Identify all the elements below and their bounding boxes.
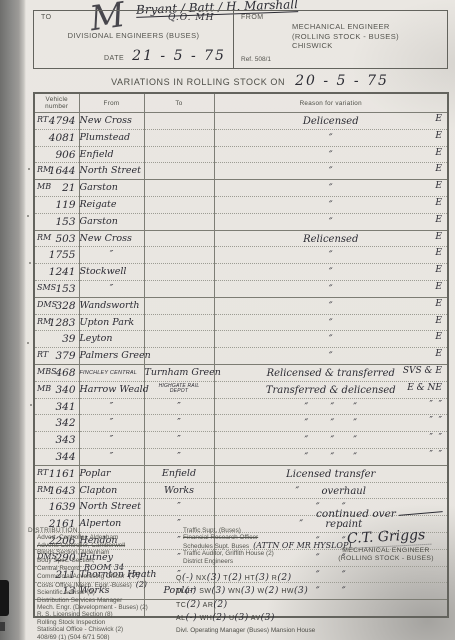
code-garage: W bbox=[255, 588, 265, 595]
reason-cell: ″E bbox=[214, 247, 448, 264]
distribution-item: Schedules Supt. Buses(ATTN OF MR HYSLOP) bbox=[174, 542, 324, 550]
vehicle-cell: RM1283 bbox=[34, 314, 79, 331]
vehicle-prefix: MBS bbox=[37, 365, 57, 379]
stock-change-mark: ″ ″ bbox=[430, 399, 442, 413]
from-cell: Harrow Weald bbox=[79, 381, 144, 398]
vehicle-number: 379 bbox=[55, 350, 78, 362]
to-cell: ″ bbox=[144, 398, 214, 415]
vehicle-cell: DMS328 bbox=[34, 297, 79, 314]
to-text: ″ bbox=[177, 501, 181, 512]
from-cell: Plumstead bbox=[79, 129, 144, 146]
to-text: ″ bbox=[177, 401, 181, 412]
to-cell bbox=[144, 348, 214, 365]
from-text: Palmers Green bbox=[80, 350, 151, 361]
to-text: Works bbox=[164, 485, 194, 496]
to-label: TO bbox=[41, 14, 52, 21]
vehicle-cell: 1639 bbox=[34, 499, 79, 516]
reason-cell: DelicensedE bbox=[214, 113, 448, 130]
to-cell bbox=[144, 196, 214, 213]
signature-title-2: (ROLLING STOCK - BUSES) bbox=[322, 555, 450, 563]
reason-cell: ″E bbox=[214, 146, 448, 163]
to-cell bbox=[144, 180, 214, 197]
reason-cell: ″ ″ ″″ ″ bbox=[214, 448, 448, 465]
to-text: HIGHGATE RAIL DEPOT bbox=[151, 384, 207, 395]
distribution-item: Costs Office (Mech. Engr.-Buses)(2) bbox=[28, 581, 173, 589]
vehicle-number: 1644 bbox=[49, 165, 79, 177]
date-value: 21 - 5 - 75 bbox=[132, 48, 226, 64]
from-text: Garston bbox=[80, 182, 118, 193]
vehicle-cell: 153 bbox=[34, 213, 79, 230]
vehicle-cell: 342 bbox=[34, 415, 79, 432]
vehicle-number: 4081 bbox=[49, 132, 79, 144]
stock-change-mark: ″ ″ bbox=[430, 432, 442, 446]
reason-cell: ″ ″ ″″ ″ bbox=[214, 398, 448, 415]
distribution-item: Central RecordROOM 34 bbox=[28, 564, 173, 572]
stock-change-mark: E bbox=[435, 298, 442, 312]
distribution-item: Advert. Controller, Aldenham bbox=[28, 534, 173, 541]
distribution-item: Distribution Services Manager bbox=[28, 597, 173, 604]
reason-cell: Relicensed & transferredSVS & E bbox=[214, 364, 448, 381]
to-cell bbox=[144, 331, 214, 348]
table-row: MBS468FINCHLEY CENTRALTurnham GreenRelic… bbox=[34, 364, 448, 381]
code-garage: U bbox=[227, 615, 235, 622]
from-cell: ″ bbox=[79, 280, 144, 297]
distribution-item: Scientific Advisor (2) bbox=[28, 589, 173, 596]
vehicle-cell: SMS153 bbox=[34, 280, 79, 297]
reason-text: ″ bbox=[329, 267, 333, 278]
code-garage: AV bbox=[249, 615, 261, 622]
vehicle-cell: RM1643 bbox=[34, 482, 79, 499]
distribution-item-text: Traffic Supt. (Buses) bbox=[183, 527, 241, 534]
from-cell: Upton Park bbox=[79, 314, 144, 331]
vehicle-number: 119 bbox=[55, 199, 78, 211]
stock-change-mark: E bbox=[435, 113, 442, 127]
code-garage: TC bbox=[176, 602, 186, 609]
reason-cell: ″E bbox=[214, 163, 448, 180]
distribution-item: District Engineers bbox=[174, 558, 324, 565]
table-row: RM503New CrossRelicensedE bbox=[34, 230, 448, 247]
vehicle-number: 1643 bbox=[49, 485, 79, 497]
table-row: RM1643ClaptonWorks″ overhaul bbox=[34, 482, 448, 499]
from-cell: Palmers Green bbox=[79, 348, 144, 365]
reason-text: Relicensed bbox=[303, 234, 358, 245]
vehicle-number: 906 bbox=[55, 149, 78, 161]
from-cell: ″ bbox=[79, 247, 144, 264]
table-row: RM1644North Street″E bbox=[34, 163, 448, 180]
table-row: DMS328Wandsworth″E bbox=[34, 297, 448, 314]
from-text: Plumstead bbox=[80, 132, 131, 143]
from-text: ″ bbox=[110, 283, 114, 294]
vehicle-cell: RT379 bbox=[34, 348, 79, 365]
code-garage: HW bbox=[279, 588, 294, 595]
stock-change-mark: E bbox=[435, 264, 442, 278]
code-count: (3) bbox=[255, 573, 269, 583]
distribution-item-text: Blinds Section, Aldenham bbox=[37, 549, 109, 556]
distribution-item: 408/69 (1) (504 6/71 508) bbox=[28, 634, 173, 640]
reason-text: ″ ″ ″ bbox=[304, 402, 357, 413]
signature-name: C.T. Griggs bbox=[340, 527, 431, 550]
continued-note-text: continued over bbox=[316, 508, 396, 520]
to-cell bbox=[144, 230, 214, 247]
reason-cell: Licensed transfer bbox=[214, 465, 448, 482]
vehicle-prefix: RM bbox=[37, 483, 51, 497]
to-cell bbox=[144, 113, 214, 130]
vehicle-cell: MBS468 bbox=[34, 364, 79, 381]
form-title-date: 20 - 5 - 75 bbox=[295, 73, 389, 89]
code-count: (-) bbox=[185, 586, 197, 596]
reason-cell: ″ ″ ″″ ″ bbox=[214, 415, 448, 432]
to-cell: HIGHGATE RAIL DEPOT bbox=[144, 381, 214, 398]
to-cell bbox=[144, 163, 214, 180]
column-header-vehicle: Vehicle number bbox=[34, 93, 79, 113]
from-text: Poplar bbox=[80, 468, 111, 479]
distribution-item-text: Central Record bbox=[37, 565, 80, 572]
vehicle-number: 21 bbox=[62, 182, 78, 194]
code-count: (3) bbox=[261, 613, 275, 623]
reason-text: ″ bbox=[329, 183, 333, 194]
from-cell: Garston bbox=[79, 180, 144, 197]
reason-cell: ″E bbox=[214, 297, 448, 314]
code-count: (-) bbox=[182, 573, 194, 583]
distribution-heading: DISTRIBUTION bbox=[28, 527, 173, 534]
vehicle-prefix: RT bbox=[37, 113, 48, 127]
to-cell bbox=[144, 314, 214, 331]
code-garage: T bbox=[221, 575, 228, 582]
reason-text: ″ bbox=[329, 351, 333, 362]
reason-text: ″ ″ ″ bbox=[304, 452, 357, 463]
from-text: Leyton bbox=[80, 333, 113, 344]
ink-speck bbox=[28, 168, 30, 170]
from-text: Wandsworth bbox=[80, 300, 140, 311]
code-count: (2) bbox=[186, 600, 200, 610]
reason-text: ″ bbox=[329, 133, 333, 144]
ref-number: Ref. 508/1 bbox=[241, 56, 271, 63]
reason-cell: ″E bbox=[214, 180, 448, 197]
from-cell: ″ bbox=[79, 448, 144, 465]
stock-change-mark: ″ ″ bbox=[430, 415, 442, 429]
code-line: Q(-) NX(3) T(2) HT(3) R(2) bbox=[176, 572, 336, 585]
from-cell: North Street bbox=[79, 163, 144, 180]
code-count: (3) bbox=[207, 573, 221, 583]
table-row: RT4794New CrossDelicensedE bbox=[34, 113, 448, 130]
from-line-1: MECHANICAL ENGINEER bbox=[292, 22, 399, 32]
code-count: (2) bbox=[212, 613, 226, 623]
from-cell: FINCHLEY CENTRAL bbox=[79, 364, 144, 381]
table-header-row: Vehicle number From To Reason for variat… bbox=[34, 93, 448, 113]
ink-speck bbox=[29, 262, 31, 264]
vehicle-cell: 1241 bbox=[34, 264, 79, 281]
reason-cell: ″E bbox=[214, 129, 448, 146]
distribution-item-annotation: ROOM 34 bbox=[84, 563, 124, 572]
column-header-reason: Reason for variation bbox=[214, 93, 448, 113]
vehicle-cell: RM1644 bbox=[34, 163, 79, 180]
vehicle-number: 468 bbox=[55, 367, 78, 379]
from-text: Garston bbox=[80, 216, 118, 227]
stock-change-mark: E bbox=[435, 197, 442, 211]
from-text: ″ bbox=[110, 451, 114, 462]
reason-text: ″ bbox=[329, 200, 333, 211]
from-text: Reigate bbox=[80, 199, 117, 210]
allocation-codes: Q(-) NX(3) T(2) HT(3) R(2)TL(-) SW(3) WN… bbox=[176, 572, 336, 626]
to-cell bbox=[144, 129, 214, 146]
table-row: 344″″″ ″ ″″ ″ bbox=[34, 448, 448, 465]
from-cell: ″ bbox=[79, 415, 144, 432]
code-count: (2) bbox=[228, 573, 242, 583]
reason-text: Licensed transfer bbox=[286, 469, 375, 480]
vehicle-prefix: RM bbox=[37, 315, 51, 329]
vehicle-cell: 119 bbox=[34, 196, 79, 213]
table-row: 4081Plumstead″E bbox=[34, 129, 448, 146]
reason-text: Delicensed bbox=[303, 116, 359, 127]
from-cell: Reigate bbox=[79, 196, 144, 213]
table-row: RT379Palmers Green″E bbox=[34, 348, 448, 365]
table-row: 341″″″ ″ ″″ ″ bbox=[34, 398, 448, 415]
reason-cell: ″E bbox=[214, 331, 448, 348]
reason-cell: RelicensedE bbox=[214, 230, 448, 247]
from-text: New Cross bbox=[80, 233, 132, 244]
distribution-item-text: Costs Office (Mech. Engr.-Buses) bbox=[37, 582, 132, 589]
distribution-item-text: Distribution Services Manager bbox=[37, 597, 122, 604]
vehicle-number: 328 bbox=[55, 300, 78, 312]
reason-text: ″ bbox=[329, 334, 333, 345]
distribution-item: Statistical Office - Chiswick (2) bbox=[28, 626, 173, 633]
vehicle-number: 153 bbox=[55, 216, 78, 228]
distribution-item: Traffic Auditor, Griffith House (2) bbox=[174, 550, 324, 557]
to-cell bbox=[144, 264, 214, 281]
vehicle-number: 39 bbox=[62, 333, 78, 345]
code-garage: SW bbox=[197, 588, 212, 595]
distribution-item-text: Commercial Advertising Officer bbox=[37, 573, 125, 580]
vehicle-prefix: SMS bbox=[37, 281, 56, 295]
table-row: 906Enfield″E bbox=[34, 146, 448, 163]
from-text: North Street bbox=[80, 165, 141, 176]
ink-blob bbox=[0, 580, 9, 616]
reason-text: ″ bbox=[329, 318, 333, 329]
to-cell: Turnham Green bbox=[144, 364, 214, 381]
vehicle-cell: 39 bbox=[34, 331, 79, 348]
ink-speck bbox=[30, 404, 32, 406]
from-text: Enfield bbox=[80, 149, 114, 160]
from-cell: Clapton bbox=[79, 482, 144, 499]
from-cell: Enfield bbox=[79, 146, 144, 163]
form-title: VARIATIONS IN ROLLING STOCK ON20 - 5 - 7… bbox=[43, 72, 455, 90]
stock-change-mark: E bbox=[435, 130, 442, 144]
date-label: DATE bbox=[104, 55, 124, 62]
vehicle-number: 503 bbox=[55, 233, 78, 245]
vehicle-cell: 906 bbox=[34, 146, 79, 163]
from-line-2: (ROLLING STOCK - BUSES) bbox=[292, 32, 399, 42]
reason-cell: ″E bbox=[214, 213, 448, 230]
to-cell bbox=[144, 297, 214, 314]
to-cell: ″ bbox=[144, 432, 214, 449]
to-text: ″ bbox=[177, 451, 181, 462]
ink-blob-small bbox=[0, 622, 5, 631]
code-count: (2) bbox=[213, 600, 227, 610]
reason-text: ″ bbox=[329, 150, 333, 161]
code-garage: AR bbox=[201, 602, 214, 609]
reason-cell: ″ ″ ″″ ″ bbox=[214, 432, 448, 449]
table-row: 1241Stockwell″E bbox=[34, 264, 448, 281]
to-text: ″ bbox=[177, 434, 181, 445]
reason-text: ″ ″ ″ bbox=[304, 418, 357, 429]
reason-text: ″ bbox=[329, 284, 333, 295]
vehicle-cell: RT4794 bbox=[34, 113, 79, 130]
code-garage: TL bbox=[176, 588, 185, 595]
table-row: 119Reigate″E bbox=[34, 196, 448, 213]
distribution-item-text: Schedules Supt. Buses bbox=[183, 543, 249, 550]
scanner-edge bbox=[0, 0, 26, 640]
from-text: North Street bbox=[80, 501, 141, 512]
code-count: (3) bbox=[211, 586, 225, 596]
header-box: TO DIVISIONAL ENGINEERS (BUSES) DATE21 -… bbox=[33, 10, 448, 69]
from-text: ″ bbox=[110, 401, 114, 412]
distribution-item: R. S. Licensing Section (8) bbox=[28, 611, 173, 618]
ink-speck bbox=[27, 342, 29, 344]
reason-text: ″ bbox=[329, 301, 333, 312]
vehicle-number: 153 bbox=[55, 283, 78, 295]
reason-text: ″ bbox=[329, 217, 333, 228]
distribution-item: Traffic Supt. (Buses) bbox=[174, 527, 324, 534]
from-cell: ″ bbox=[79, 398, 144, 415]
ink-speck bbox=[27, 215, 29, 217]
vehicle-number: 344 bbox=[55, 451, 78, 463]
vehicle-prefix: RT bbox=[37, 348, 48, 362]
from-text: FINCHLEY CENTRAL bbox=[80, 370, 138, 376]
vehicle-cell: 1755 bbox=[34, 247, 79, 264]
vehicle-cell: RM503 bbox=[34, 230, 79, 247]
from-cell: New Cross bbox=[79, 230, 144, 247]
reason-text: Relicensed & transferred bbox=[267, 368, 395, 379]
to-cell: ″ bbox=[144, 499, 214, 516]
distribution-item-text: Traffic Auditor, Griffith House (2) bbox=[183, 550, 274, 557]
vehicle-cell: MB340 bbox=[34, 381, 79, 398]
stock-change-mark: E bbox=[435, 214, 442, 228]
stock-change-mark: E bbox=[435, 231, 442, 245]
code-count: (-) bbox=[186, 613, 198, 623]
distribution-item-annotation: (2) bbox=[136, 580, 147, 589]
from-line-3: CHISWICK bbox=[292, 41, 399, 51]
vehicle-number: 1755 bbox=[49, 249, 79, 261]
table-row: 1755″″E bbox=[34, 247, 448, 264]
signature-block: C.T. Griggs MECHANICAL ENGINEER (ROLLING… bbox=[322, 528, 450, 563]
code-garage: WH bbox=[197, 615, 212, 622]
vehicle-prefix: MB bbox=[37, 180, 51, 194]
vehicle-cell: 344 bbox=[34, 448, 79, 465]
to-value: DIVISIONAL ENGINEERS (BUSES) bbox=[34, 31, 233, 40]
distribution-section-right: Traffic Supt. (Buses)Financial Research … bbox=[174, 527, 324, 565]
distribution-item: Commercial Advertising Officer(7) bbox=[28, 572, 173, 580]
from-text: New Cross bbox=[80, 115, 132, 126]
table-row: 39Leyton″E bbox=[34, 331, 448, 348]
vehicle-number: 341 bbox=[55, 401, 78, 413]
code-count: (3) bbox=[294, 586, 308, 596]
reason-text: Transferred & delicensed bbox=[266, 385, 396, 396]
to-text: Turnham Green bbox=[145, 367, 221, 378]
reason-cell: Transferred & delicensedE & NE bbox=[214, 381, 448, 398]
from-cell: Stockwell bbox=[79, 264, 144, 281]
stock-change-mark: E bbox=[435, 147, 442, 161]
code-count: (2) bbox=[265, 586, 279, 596]
dom-footer-line: Divl. Operating Manager (Buses) Mansion … bbox=[176, 627, 315, 634]
table-row: RM1283Upton Park″E bbox=[34, 314, 448, 331]
table-row: SMS153″″E bbox=[34, 280, 448, 297]
scanned-document-page: Bryant / Batt / H. Marshall Q.O. MH M TO… bbox=[0, 0, 455, 640]
distribution-item-text: 408/69 (1) (504 6/71 508) bbox=[37, 634, 109, 640]
distribution-list-left: Advert. Controller, AldenhamAdverts Cont… bbox=[28, 534, 173, 640]
table-row: MB340Harrow WealdHIGHGATE RAIL DEPOTTran… bbox=[34, 381, 448, 398]
table-row: MB21Garston″E bbox=[34, 180, 448, 197]
to-text: ″ bbox=[177, 417, 181, 428]
code-garage: NX bbox=[194, 575, 207, 582]
from-section: FROM MECHANICAL ENGINEER (ROLLING STOCK … bbox=[234, 11, 447, 68]
distribution-item: Blinds Section, Aldenham bbox=[28, 549, 173, 556]
code-line: TL(-) SW(3) WN(3) W(2) HW(3) bbox=[176, 585, 336, 598]
stock-change-mark: E bbox=[435, 331, 442, 345]
code-garage: WN bbox=[226, 588, 241, 595]
underline-swash bbox=[399, 511, 443, 516]
from-cell: New Cross bbox=[79, 113, 144, 130]
reason-cell: ″E bbox=[214, 196, 448, 213]
to-cell bbox=[144, 280, 214, 297]
from-cell: ″ bbox=[79, 432, 144, 449]
to-section: TO DIVISIONAL ENGINEERS (BUSES) DATE21 -… bbox=[34, 11, 234, 68]
from-cell: North Street bbox=[79, 499, 144, 516]
to-cell bbox=[144, 247, 214, 264]
vehicle-number: 343 bbox=[55, 434, 78, 446]
vehicle-prefix: RT bbox=[37, 466, 48, 480]
vehicle-number: 1241 bbox=[49, 266, 79, 278]
stock-change-mark: E bbox=[435, 180, 442, 194]
to-cell: ″ bbox=[144, 448, 214, 465]
to-cell: ″ bbox=[144, 415, 214, 432]
table-row: RT1161PoplarEnfieldLicensed transfer bbox=[34, 465, 448, 482]
to-text: Enfield bbox=[162, 468, 196, 479]
stock-change-mark: E & NE bbox=[407, 382, 442, 396]
distribution-item-text: Advert. Controller, Aldenham bbox=[37, 534, 118, 541]
reason-cell: ″E bbox=[214, 348, 448, 365]
vehicle-cell: MB21 bbox=[34, 180, 79, 197]
distribution-item-text: Statistical Office - Chiswick (2) bbox=[37, 626, 123, 633]
code-count: (3) bbox=[241, 586, 255, 596]
reason-cell: ″E bbox=[214, 264, 448, 281]
code-garage: AL bbox=[176, 615, 186, 622]
vehicle-prefix: DMS bbox=[37, 298, 57, 312]
reason-text: ″ ″ ″ bbox=[304, 435, 357, 446]
code-count: (3) bbox=[235, 613, 249, 623]
distribution-item: Mech. Engr. (Development - Buses) (2) bbox=[28, 604, 173, 611]
column-header-from: From bbox=[79, 93, 144, 113]
vehicle-number: 1283 bbox=[49, 317, 79, 329]
vehicle-cell: 341 bbox=[34, 398, 79, 415]
reason-text: ″ bbox=[329, 166, 333, 177]
from-label: FROM bbox=[241, 14, 264, 21]
code-count: (2) bbox=[277, 573, 291, 583]
reason-text: ″ overhaul bbox=[296, 486, 366, 497]
vehicle-number: 1161 bbox=[49, 468, 79, 480]
distribution-item-text: District Engineers bbox=[183, 558, 233, 565]
distribution-item-text: Financial Research Officer bbox=[183, 534, 258, 541]
reason-cell: ″E bbox=[214, 314, 448, 331]
vehicle-prefix: RM bbox=[37, 163, 51, 177]
distribution-item-text: Adverts Controller, Camberwell bbox=[37, 542, 125, 549]
from-text: Stockwell bbox=[80, 266, 127, 277]
from-address: MECHANICAL ENGINEER (ROLLING STOCK - BUS… bbox=[292, 22, 399, 51]
vehicle-cell: 343 bbox=[34, 432, 79, 449]
distribution-item-text: R. S. Licensing Section (8) bbox=[37, 611, 113, 618]
vehicle-prefix: MB bbox=[37, 382, 51, 396]
column-header-to: To bbox=[144, 93, 214, 113]
from-text: Clapton bbox=[80, 485, 118, 496]
